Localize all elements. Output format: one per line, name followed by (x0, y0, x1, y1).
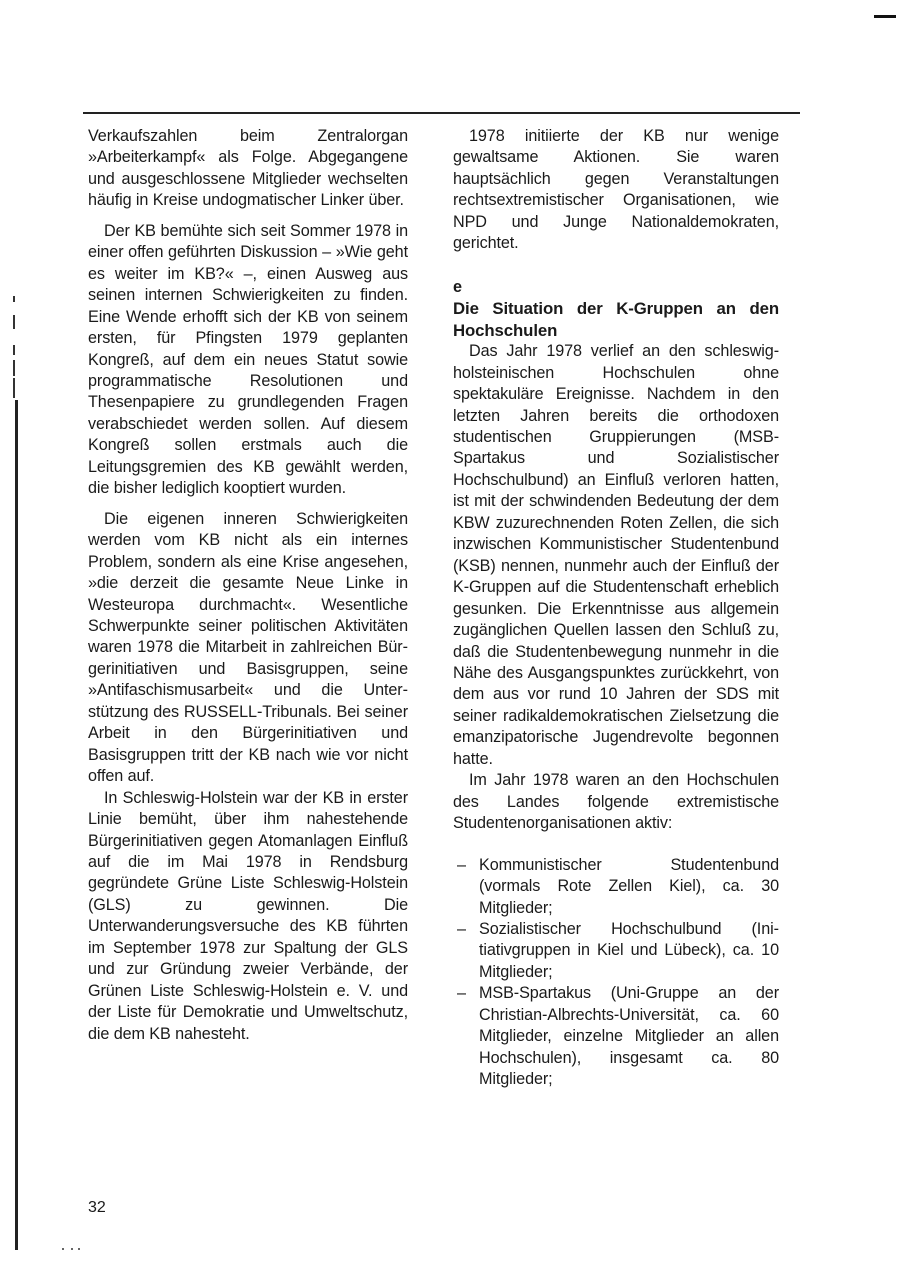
list-item: –MSB-Spartakus (Uni-Gruppe an der Christ… (453, 983, 779, 1090)
paragraph: In Schleswig-Holstein war der KB in erst… (88, 788, 408, 1045)
scan-specks (62, 1248, 82, 1250)
dash-marker: – (457, 855, 466, 876)
list-item-text: MSB-Spartakus (Uni-Gruppe an der Christi… (479, 984, 779, 1088)
margin-tick (13, 360, 15, 376)
margin-tick (13, 378, 15, 398)
list-item-text: Sozialistischer Hochschulbund (Ini­tiati… (479, 920, 779, 981)
page-number: 32 (88, 1199, 106, 1217)
list-item: –Kommunistischer Studentenbund (vormals … (453, 855, 779, 919)
organization-list: –Kommunistischer Studentenbund (vormals … (453, 855, 779, 1091)
scan-left-edge (15, 400, 18, 1250)
margin-tick (13, 345, 15, 355)
paragraph: Das Jahr 1978 verlief an den schles­wig-… (453, 341, 779, 770)
paragraph: Verkaufszahlen beim Zentralorgan »Arbeit… (88, 126, 408, 212)
paragraph: Im Jahr 1978 waren an den Hoch­schulen d… (453, 770, 779, 834)
section-letter: e (453, 277, 779, 298)
paragraph: 1978 initiierte der KB nur wenige gewalt… (453, 126, 779, 255)
margin-tick (13, 296, 15, 302)
margin-tick (13, 315, 15, 329)
header-rule (83, 112, 800, 114)
dash-marker: – (457, 983, 466, 1004)
paragraph: Die eigenen inneren Schwierigkei­ten wer… (88, 509, 408, 788)
list-item-text: Kommunistischer Studentenbund (vormals R… (479, 856, 779, 917)
left-column: Verkaufszahlen beim Zentralorgan »Arbeit… (88, 126, 408, 1045)
right-column: 1978 initiierte der KB nur wenige gewalt… (453, 126, 779, 1091)
dash-marker: – (457, 919, 466, 940)
list-item: –Sozialistischer Hochschulbund (Ini­tiat… (453, 919, 779, 983)
paragraph: Der KB bemühte sich seit Sommer 1978 in … (88, 221, 408, 500)
section-heading: Die Situation der K-Gruppen an den Hochs… (453, 298, 779, 341)
scan-corner-mark (874, 15, 896, 18)
